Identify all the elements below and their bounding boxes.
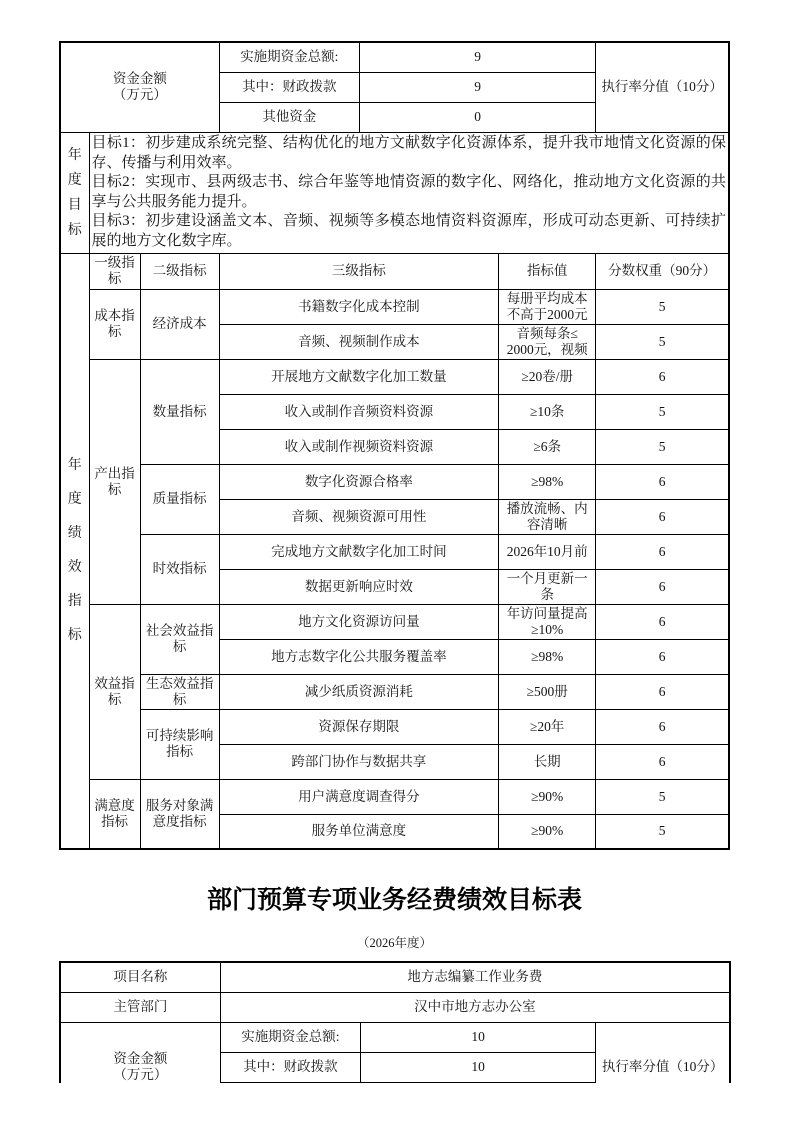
indicator-value-cell: 一个月更新一 条: [499, 569, 596, 604]
level3-indicator-cell: 用户满意度调查得分: [219, 779, 498, 814]
fund-other-label: 其他资金: [219, 102, 359, 132]
score-cell: 6: [596, 464, 729, 499]
indicator-value-cell: ≥98%: [499, 464, 596, 499]
level3-indicator-cell: 地方文化资源访问量: [219, 604, 498, 639]
header-level1: 一级指标: [89, 253, 140, 289]
fund-fiscal-label: 其中：财政拨款: [220, 1052, 360, 1082]
score-cell: 6: [596, 499, 729, 534]
project-name-label: 项目名称: [60, 962, 220, 992]
indicator-value-cell: ≥90%: [499, 779, 596, 814]
level2-social-benefit: 社会效益指标: [140, 604, 219, 674]
fund-other-value: 0: [359, 102, 595, 132]
level2-timeliness: 时效指标: [140, 534, 219, 604]
score-cell: 6: [596, 359, 729, 394]
fund-total-value: 10: [360, 1022, 595, 1052]
score-cell: 5: [596, 814, 729, 849]
department-value: 汉中市地方志办公室: [220, 992, 730, 1022]
clipped-cell: [360, 1082, 595, 1083]
level2-service-satisfaction: 服务对象满意度指标: [140, 779, 219, 849]
score-cell: 5: [596, 429, 729, 464]
fund-total-label: 实施期资金总额:: [220, 1022, 360, 1052]
score-cell: 6: [596, 709, 729, 744]
document-page: 资金金额 （万元） 实施期资金总额: 9 执行率分值（10分） 其中：财政拨款 …: [0, 0, 793, 1122]
indicator-value-cell: ≥98%: [499, 639, 596, 674]
score-cell: 5: [596, 779, 729, 814]
level2-quantity: 数量指标: [140, 359, 219, 464]
level2-sustainable-impact: 可持续影响指标: [140, 709, 219, 779]
indicator-value-cell: ≥6条: [499, 429, 596, 464]
level3-indicator-cell: 音频、视频制作成本: [219, 324, 498, 359]
department-label: 主管部门: [60, 992, 220, 1022]
level3-indicator-cell: 收入或制作音频资料资源: [219, 394, 498, 429]
score-cell: 6: [596, 744, 729, 779]
fund-amount-row-label: 资金金额 （万元）: [60, 42, 219, 132]
score-cell: 5: [596, 289, 729, 324]
indicator-value-cell: ≥500册: [499, 674, 596, 709]
indicator-value-cell: ≥20年: [499, 709, 596, 744]
level3-indicator-cell: 完成地方文献数字化加工时间: [219, 534, 498, 569]
fund-fiscal-value: 9: [359, 72, 595, 102]
budget-target-table: 项目名称 地方志编纂工作业务费 主管部门 汉中市地方志办公室 资金金额 （万元）…: [59, 961, 731, 1083]
performance-side-label: 年度绩效指标: [60, 253, 89, 849]
indicator-value-cell: 2026年10月前: [499, 534, 596, 569]
level2-economic-cost: 经济成本: [140, 289, 219, 359]
annual-goals-side-label: 年度目标: [60, 132, 89, 253]
header-level3: 三级指标: [219, 253, 498, 289]
level1-benefit: 效益指标: [89, 604, 140, 779]
indicator-value-cell: 长期: [499, 744, 596, 779]
annual-goals-cell: 目标1：初步建成系统完整、结构优化的地方文献数字化资源体系，提升我市地情文化资源…: [89, 132, 729, 253]
level2-quality: 质量指标: [140, 464, 219, 534]
header-weight: 分数权重（90分）: [596, 253, 729, 289]
score-cell: 6: [596, 639, 729, 674]
fund-total-value: 9: [359, 42, 595, 72]
level3-indicator-cell: 开展地方文献数字化加工数量: [219, 359, 498, 394]
indicator-value-cell: 每册平均成本 不高于2000元: [499, 289, 596, 324]
level3-indicator-cell: 跨部门协作与数据共享: [219, 744, 498, 779]
score-cell: 5: [596, 394, 729, 429]
header-level2: 二级指标: [140, 253, 219, 289]
level1-cost: 成本指标: [89, 289, 140, 359]
indicator-value-cell: ≥10条: [499, 394, 596, 429]
fund-amount-row-label: 资金金额 （万元）: [60, 1022, 220, 1083]
level3-indicator-cell: 数字化资源合格率: [219, 464, 498, 499]
execution-rate-score-label: 执行率分值（10分）: [596, 42, 729, 132]
level3-indicator-cell: 书籍数字化成本控制: [219, 289, 498, 324]
level1-output: 产出指标: [89, 359, 140, 604]
level3-indicator-cell: 音频、视频资源可用性: [219, 499, 498, 534]
performance-target-table: 资金金额 （万元） 实施期资金总额: 9 执行率分值（10分） 其中：财政拨款 …: [59, 41, 730, 850]
level3-indicator-cell: 地方志数字化公共服务覆盖率: [219, 639, 498, 674]
indicator-value-cell: 播放流畅、内 容清晰: [499, 499, 596, 534]
header-value: 指标值: [499, 253, 596, 289]
level3-indicator-cell: 数据更新响应时效: [219, 569, 498, 604]
project-name-value: 地方志编纂工作业务费: [220, 962, 730, 992]
budget-table-clipped-region: 项目名称 地方志编纂工作业务费 主管部门 汉中市地方志办公室 资金金额 （万元）…: [59, 961, 734, 1083]
indicator-value-cell: ≥20卷/册: [499, 359, 596, 394]
fund-fiscal-value: 10: [360, 1052, 595, 1082]
fund-total-label: 实施期资金总额:: [219, 42, 359, 72]
clipped-cell: [220, 1082, 360, 1083]
goal-2-text: 目标2：实现市、县两级志书、综合年鉴等地情资源的数字化、网络化，推动地方文化资源…: [92, 173, 726, 212]
score-cell: 5: [596, 324, 729, 359]
indicator-value-cell: 音频每条≤ 2000元，视频: [499, 324, 596, 359]
level3-indicator-cell: 收入或制作视频资料资源: [219, 429, 498, 464]
indicator-value-cell: ≥90%: [499, 814, 596, 849]
level3-indicator-cell: 资源保存期限: [219, 709, 498, 744]
goal-3-text: 目标3：初步建设涵盖文本、音频、视频等多模态地情资料资源库，形成可动态更新、可持…: [92, 212, 726, 251]
level3-indicator-cell: 服务单位满意度: [219, 814, 498, 849]
page-title: 部门预算专项业务经费绩效目标表: [59, 880, 730, 920]
score-cell: 6: [596, 674, 729, 709]
level2-eco-benefit: 生态效益指标: [140, 674, 219, 709]
level3-indicator-cell: 减少纸质资源消耗: [219, 674, 498, 709]
fund-fiscal-label: 其中：财政拨款: [219, 72, 359, 102]
page-subtitle: （2026年度）: [59, 933, 730, 953]
indicator-value-cell: 年访问量提高 ≥10%: [499, 604, 596, 639]
score-cell: 6: [596, 534, 729, 569]
score-cell: 6: [596, 569, 729, 604]
goal-1-text: 目标1：初步建成系统完整、结构优化的地方文献数字化资源体系，提升我市地情文化资源…: [92, 134, 726, 173]
level1-satisfaction: 满意度指标: [89, 779, 140, 849]
execution-rate-score-label: 执行率分值（10分）: [596, 1022, 730, 1083]
score-cell: 6: [596, 604, 729, 639]
